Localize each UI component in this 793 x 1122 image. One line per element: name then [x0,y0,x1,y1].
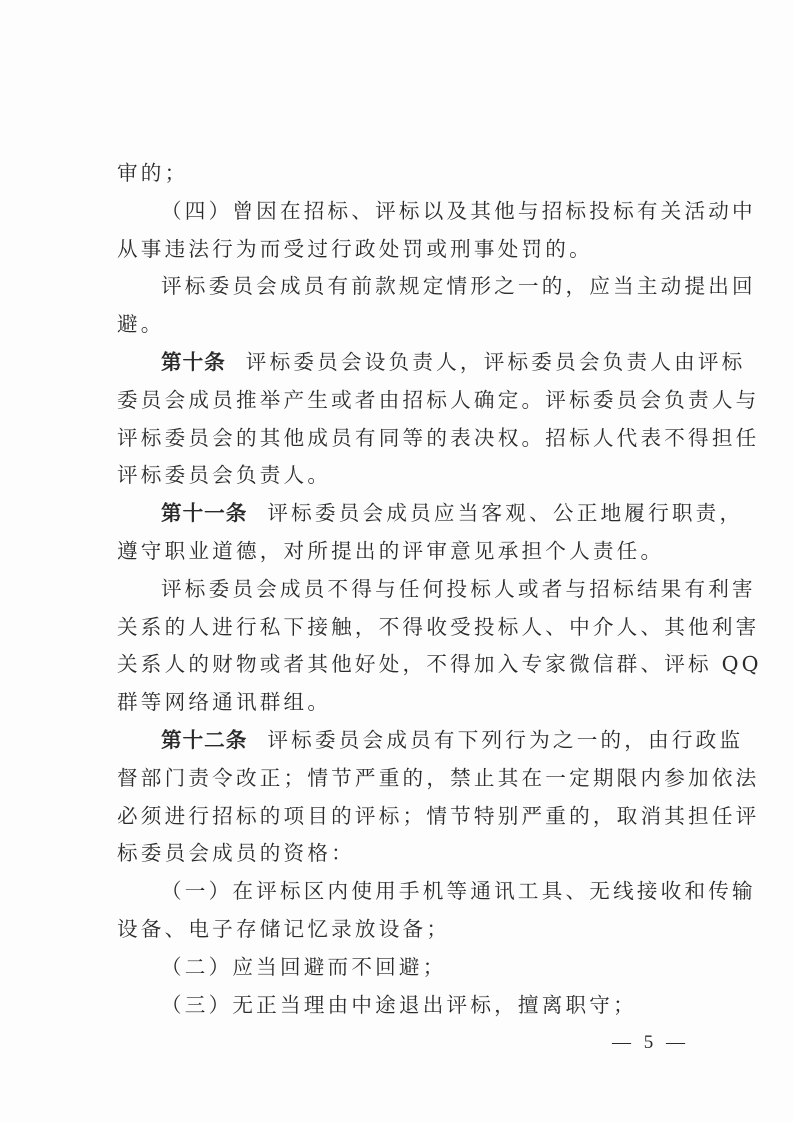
text-line: 审的； [117,155,677,193]
text-line: 避。 [117,306,677,344]
text-line: 群等网络通讯群组。 [117,684,677,722]
text-line: （四）曾因在招标、评标以及其他与招标投标有关活动中 [117,193,677,231]
document-page: 审的； （四）曾因在招标、评标以及其他与招标投标有关活动中 从事违法行为而受过行… [0,0,793,1122]
text-line: 设备、电子存储记忆录放设备； [117,911,677,949]
text-line: 必须进行招标的项目的评标；情节特别严重的，取消其担任评 [117,798,677,836]
text-line: （三）无正当理由中途退出评标，擅离职守； [117,987,677,1025]
text-line: 评标委员会成员不得与任何投标人或者与招标结果有利害 [117,571,677,609]
text-line: 从事违法行为而受过行政处罚或刑事处罚的。 [117,231,677,269]
article-11-line: 第十一条评标委员会成员应当客观、公正地履行职责， [117,495,677,533]
article-10-line: 第十条评标委员会设负责人，评标委员会负责人由评标 [117,344,677,382]
article-text: 评标委员会成员有下列行为之一的，由行政监 [267,728,743,752]
text-line: 关系的人进行私下接触，不得收受投标人、中介人、其他利害 [117,609,677,647]
body-text: 审的； （四）曾因在招标、评标以及其他与招标投标有关活动中 从事违法行为而受过行… [117,155,677,1024]
text-line: 督部门责令改正；情节严重的，禁止其在一定期限内参加依法 [117,760,677,798]
text-line: 关系人的财物或者其他好处，不得加入专家微信群、评标 QQ [117,646,677,684]
article-12-line: 第十二条评标委员会成员有下列行为之一的，由行政监 [117,722,677,760]
text-line: 遵守职业道德，对所提出的评审意见承担个人责任。 [117,533,677,571]
text-line: 评标委员会的其他成员有同等的表决权。招标人代表不得担任 [117,420,677,458]
article-text: 评标委员会设负责人，评标委员会负责人由评标 [246,350,746,374]
text-line: 标委员会成员的资格： [117,835,677,873]
article-heading: 第十二条 [161,728,247,752]
text-line: 评标委员会成员有前款规定情形之一的，应当主动提出回 [117,268,677,306]
text-line: 评标委员会负责人。 [117,457,677,495]
text-line: （一）在评标区内使用手机等通讯工具、无线接收和传输 [117,873,677,911]
text-line: （二）应当回避而不回避； [117,949,677,987]
article-text: 评标委员会成员应当客观、公正地履行职责， [267,501,743,525]
page-number: — 5 — [612,1032,689,1054]
article-heading: 第十条 [161,350,226,374]
article-heading: 第十一条 [161,501,247,525]
text-line: 委员会成员推举产生或者由招标人确定。评标委员会负责人与 [117,382,677,420]
